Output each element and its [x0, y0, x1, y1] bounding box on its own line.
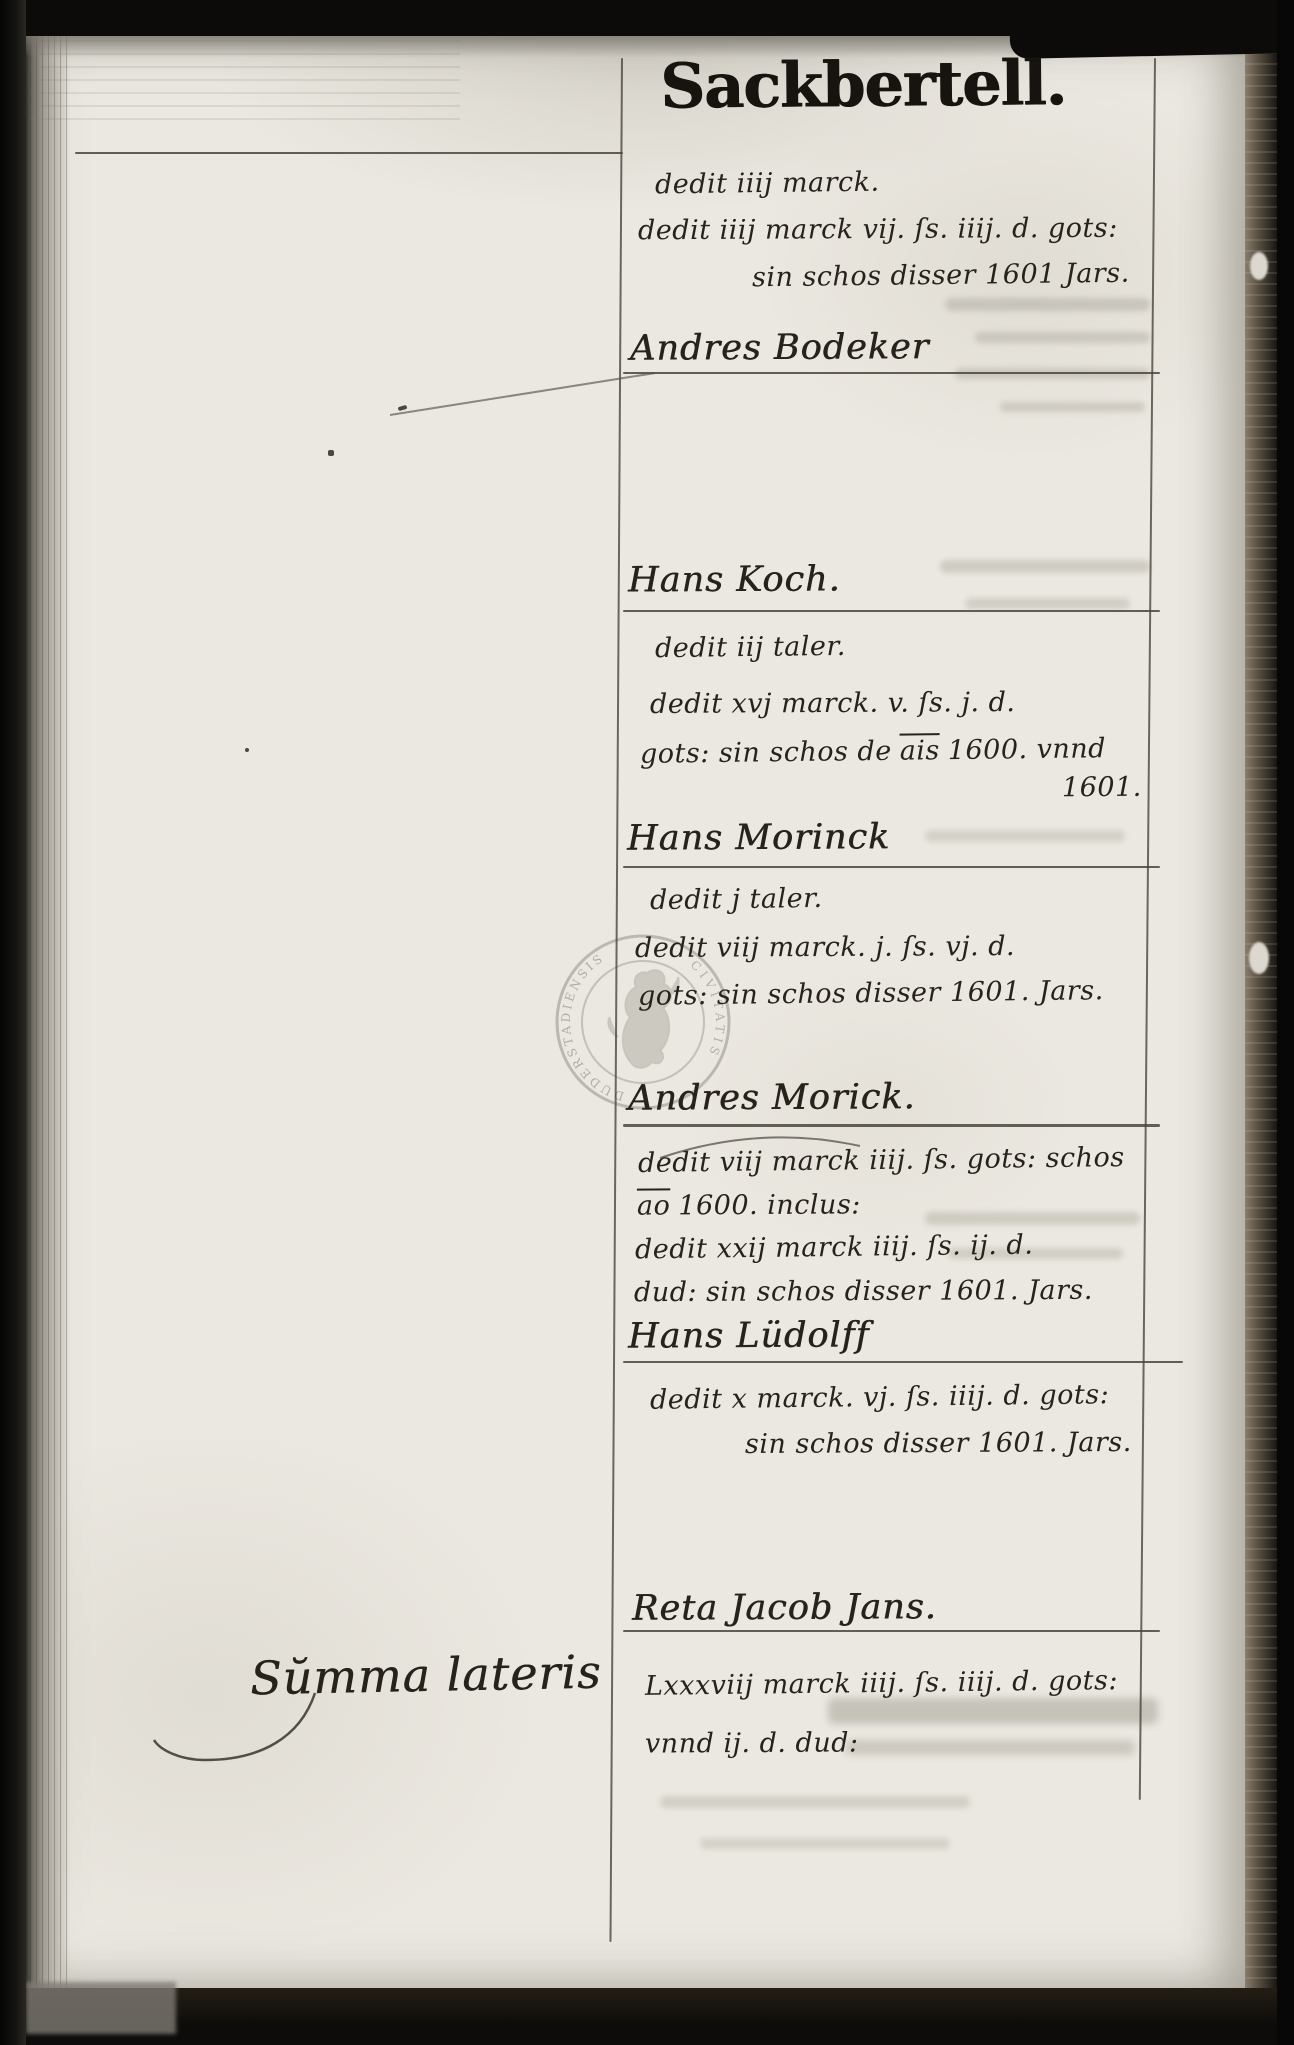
entry-separator-rule [623, 1361, 1183, 1363]
entry-line: dedit iij taler. [655, 631, 846, 664]
entry-line: 1601. [1062, 772, 1142, 803]
entry-line: gots: sin schos deais1600. vnnd [640, 733, 1106, 770]
verso-showthrough-smudge [940, 560, 1150, 573]
scan-border-bottom [0, 1988, 1294, 2045]
entry-line: dedit xvj marck. v. ſs. j. d. [650, 687, 1016, 720]
verso-showthrough-smudge [945, 298, 1150, 311]
entry-name: Andres Morick. [628, 1077, 916, 1119]
entry-name: Andres Bodeker [630, 327, 930, 369]
verso-showthrough-smudge [965, 598, 1130, 609]
entry-name: Hans Morinck [627, 817, 890, 858]
entry-line: dedit j taler. [650, 883, 823, 916]
entry-line: sin schos disser 1601. Jars. [745, 1427, 1132, 1460]
verso-showthrough-smudge [925, 1212, 1140, 1225]
entry-line-part: 1600. vnnd [948, 733, 1107, 766]
entry-name: Hans Lüdolff [628, 1315, 870, 1356]
page-edge-right-streaks [1245, 30, 1279, 2005]
entry-separator-rule [623, 372, 1160, 374]
entry-line: ao1600. inclus: [637, 1189, 861, 1221]
entry-line-part: gots: sin schos de [640, 736, 892, 770]
summa-line: vnnd ij. d. dud: [645, 1727, 859, 1759]
entry-separator-rule [623, 1630, 1160, 1632]
page-heading: Sackbertell. [660, 46, 1067, 123]
summa-line: Lxxxviij marck iiij. ſs. iiij. d. gots: [645, 1665, 1118, 1702]
entry-line: dedit x marck. vj. ſs. iiij. d. gots: [650, 1379, 1110, 1416]
entry-line-abbrev: ao [637, 1190, 671, 1221]
entry-line: dud: sin schos disser 1601. Jars. [634, 1275, 1093, 1308]
entry-line: gots: sin schos disser 1601. Jars. [638, 975, 1104, 1012]
entry-name: Reta Jacob Jans. [632, 1587, 937, 1629]
scan-corner-shadow [26, 1982, 176, 2034]
entry-line: dedit iiij marck. [655, 167, 880, 201]
entry-name: Hans Koch. [628, 559, 841, 600]
verso-showthrough-smudge [1000, 402, 1145, 412]
ink-speck [328, 450, 334, 456]
entry-line-abbrev: ais [900, 735, 940, 766]
entry-line-part: 1600. inclus: [678, 1189, 861, 1221]
manuscript-scan: DUDERSTADIENSIS CIVITATIS Sackbertell. d… [0, 0, 1294, 2045]
scan-border-left [0, 0, 26, 2045]
summa-label: Sŭmma lateris [250, 1645, 603, 1706]
page-stack-lines [30, 40, 460, 126]
verso-showthrough-smudge [700, 1838, 950, 1849]
verso-showthrough-smudge [660, 1796, 970, 1808]
entry-separator-rule [623, 1124, 1160, 1127]
entry-line: dedit viij marck. j. ſs. vj. d. [635, 931, 1015, 964]
left-header-rule [75, 152, 623, 154]
entry-line: dedit iiij marck vij. ſs. iiij. d. gots: [638, 213, 1118, 247]
entry-line: dedit viij marck iiij. ſs. gots: schos [638, 1142, 1125, 1179]
binding-knot [1250, 252, 1268, 280]
page-edge-left-streaks [30, 34, 68, 1990]
verso-showthrough-smudge [975, 332, 1150, 343]
verso-showthrough-smudge [925, 830, 1125, 842]
entry-line: dedit xxij marck iiij. ſs. ij. d. [635, 1230, 1034, 1266]
verso-showthrough-smudge [845, 1740, 1135, 1755]
entry-separator-rule [623, 866, 1160, 868]
ink-speck [245, 748, 249, 752]
verso-showthrough-heading [828, 1698, 1158, 1724]
scan-border-right [1277, 0, 1294, 2045]
binding-knot [1249, 942, 1269, 974]
entry-line: sin schos disser 1601 Jars. [752, 258, 1130, 294]
entry-separator-rule [623, 610, 1160, 612]
